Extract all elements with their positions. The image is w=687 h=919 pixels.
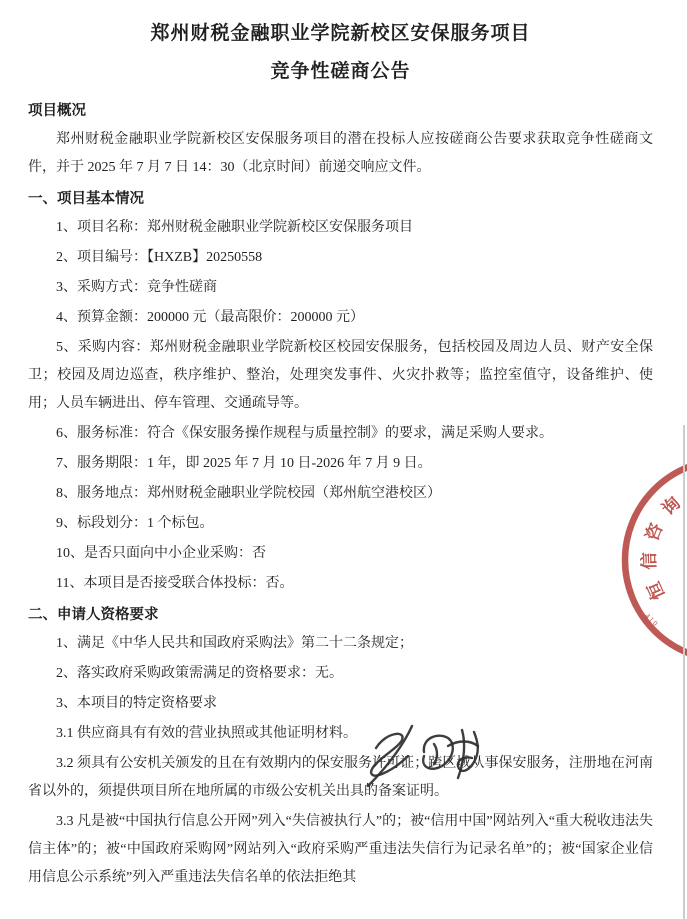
- list-item-project-number: 2、项目编号：【HXZB】20250558: [28, 244, 653, 272]
- list-item-service-location: 8、服务地点：郑州财税金融职业学院校园（郑州航空港校区）: [28, 480, 653, 508]
- list-item-specific-requirements: 3、本项目的特定资格要求: [28, 690, 653, 718]
- list-item-business-license: 3.1 供应商具有有效的营业执照或其他证明材料。: [28, 720, 653, 748]
- list-item-credit-blacklist: 3.3 凡是被“中国执行信息公开网”列入“失信被执行人”的；被“信用中国”网站列…: [28, 808, 653, 892]
- document-title: 郑州财税金融职业学院新校区安保服务项目: [28, 18, 653, 50]
- list-item-lot-division: 9、标段划分：1 个标包。: [28, 510, 653, 538]
- list-item-law-article22: 1、满足《中华人民共和国政府采购法》第二十二条规定；: [28, 630, 653, 658]
- document-page: 郑州财税金融职业学院新校区安保服务项目 竞争性磋商公告 项目概况 郑州财税金融职…: [0, 0, 687, 919]
- seal-char-1: 询: [658, 492, 685, 519]
- list-item-procurement-method: 3、采购方式：竞争性磋商: [28, 274, 653, 302]
- list-item-service-standard: 6、服务标准：符合《保安服务操作规程与质量控制》的要求，满足采购人要求。: [28, 420, 653, 448]
- document-subtitle: 竞争性磋商公告: [28, 56, 653, 88]
- list-item-policy-requirement: 2、落实政府采购政策需满足的资格要求：无。: [28, 660, 653, 688]
- list-item-security-permit: 3.2 须具有公安机关颁发的且在有效期内的保安服务许可证；跨区域从事保安服务，注…: [28, 750, 653, 806]
- list-item-procurement-content: 5、采购内容：郑州财税金融职业学院新校区校园安保服务，包括校园及周边人员、财产安…: [28, 334, 653, 418]
- section1-heading: 一、项目基本情况: [28, 186, 653, 212]
- overview-paragraph: 郑州财税金融职业学院新校区安保服务项目的潜在投标人应按磋商公告要求获取竞争性磋商…: [28, 126, 653, 182]
- overview-heading: 项目概况: [28, 98, 653, 124]
- list-item-consortium: 11、本项目是否接受联合体投标：否。: [28, 570, 653, 598]
- list-item-budget: 4、预算金额：200000 元（最高限价：200000 元）: [28, 304, 653, 332]
- section2-heading: 二、申请人资格要求: [28, 602, 653, 628]
- scan-edge-artifact: [683, 425, 685, 919]
- list-item-service-period: 7、服务期限：1 年，即 2025 年 7 月 10 日-2026 年 7 月 …: [28, 450, 653, 478]
- list-item-sme-only: 10、是否只面向中小企业采购：否: [28, 540, 653, 568]
- list-item-project-name: 1、项目名称：郑州财税金融职业学院新校区安保服务项目: [28, 214, 653, 242]
